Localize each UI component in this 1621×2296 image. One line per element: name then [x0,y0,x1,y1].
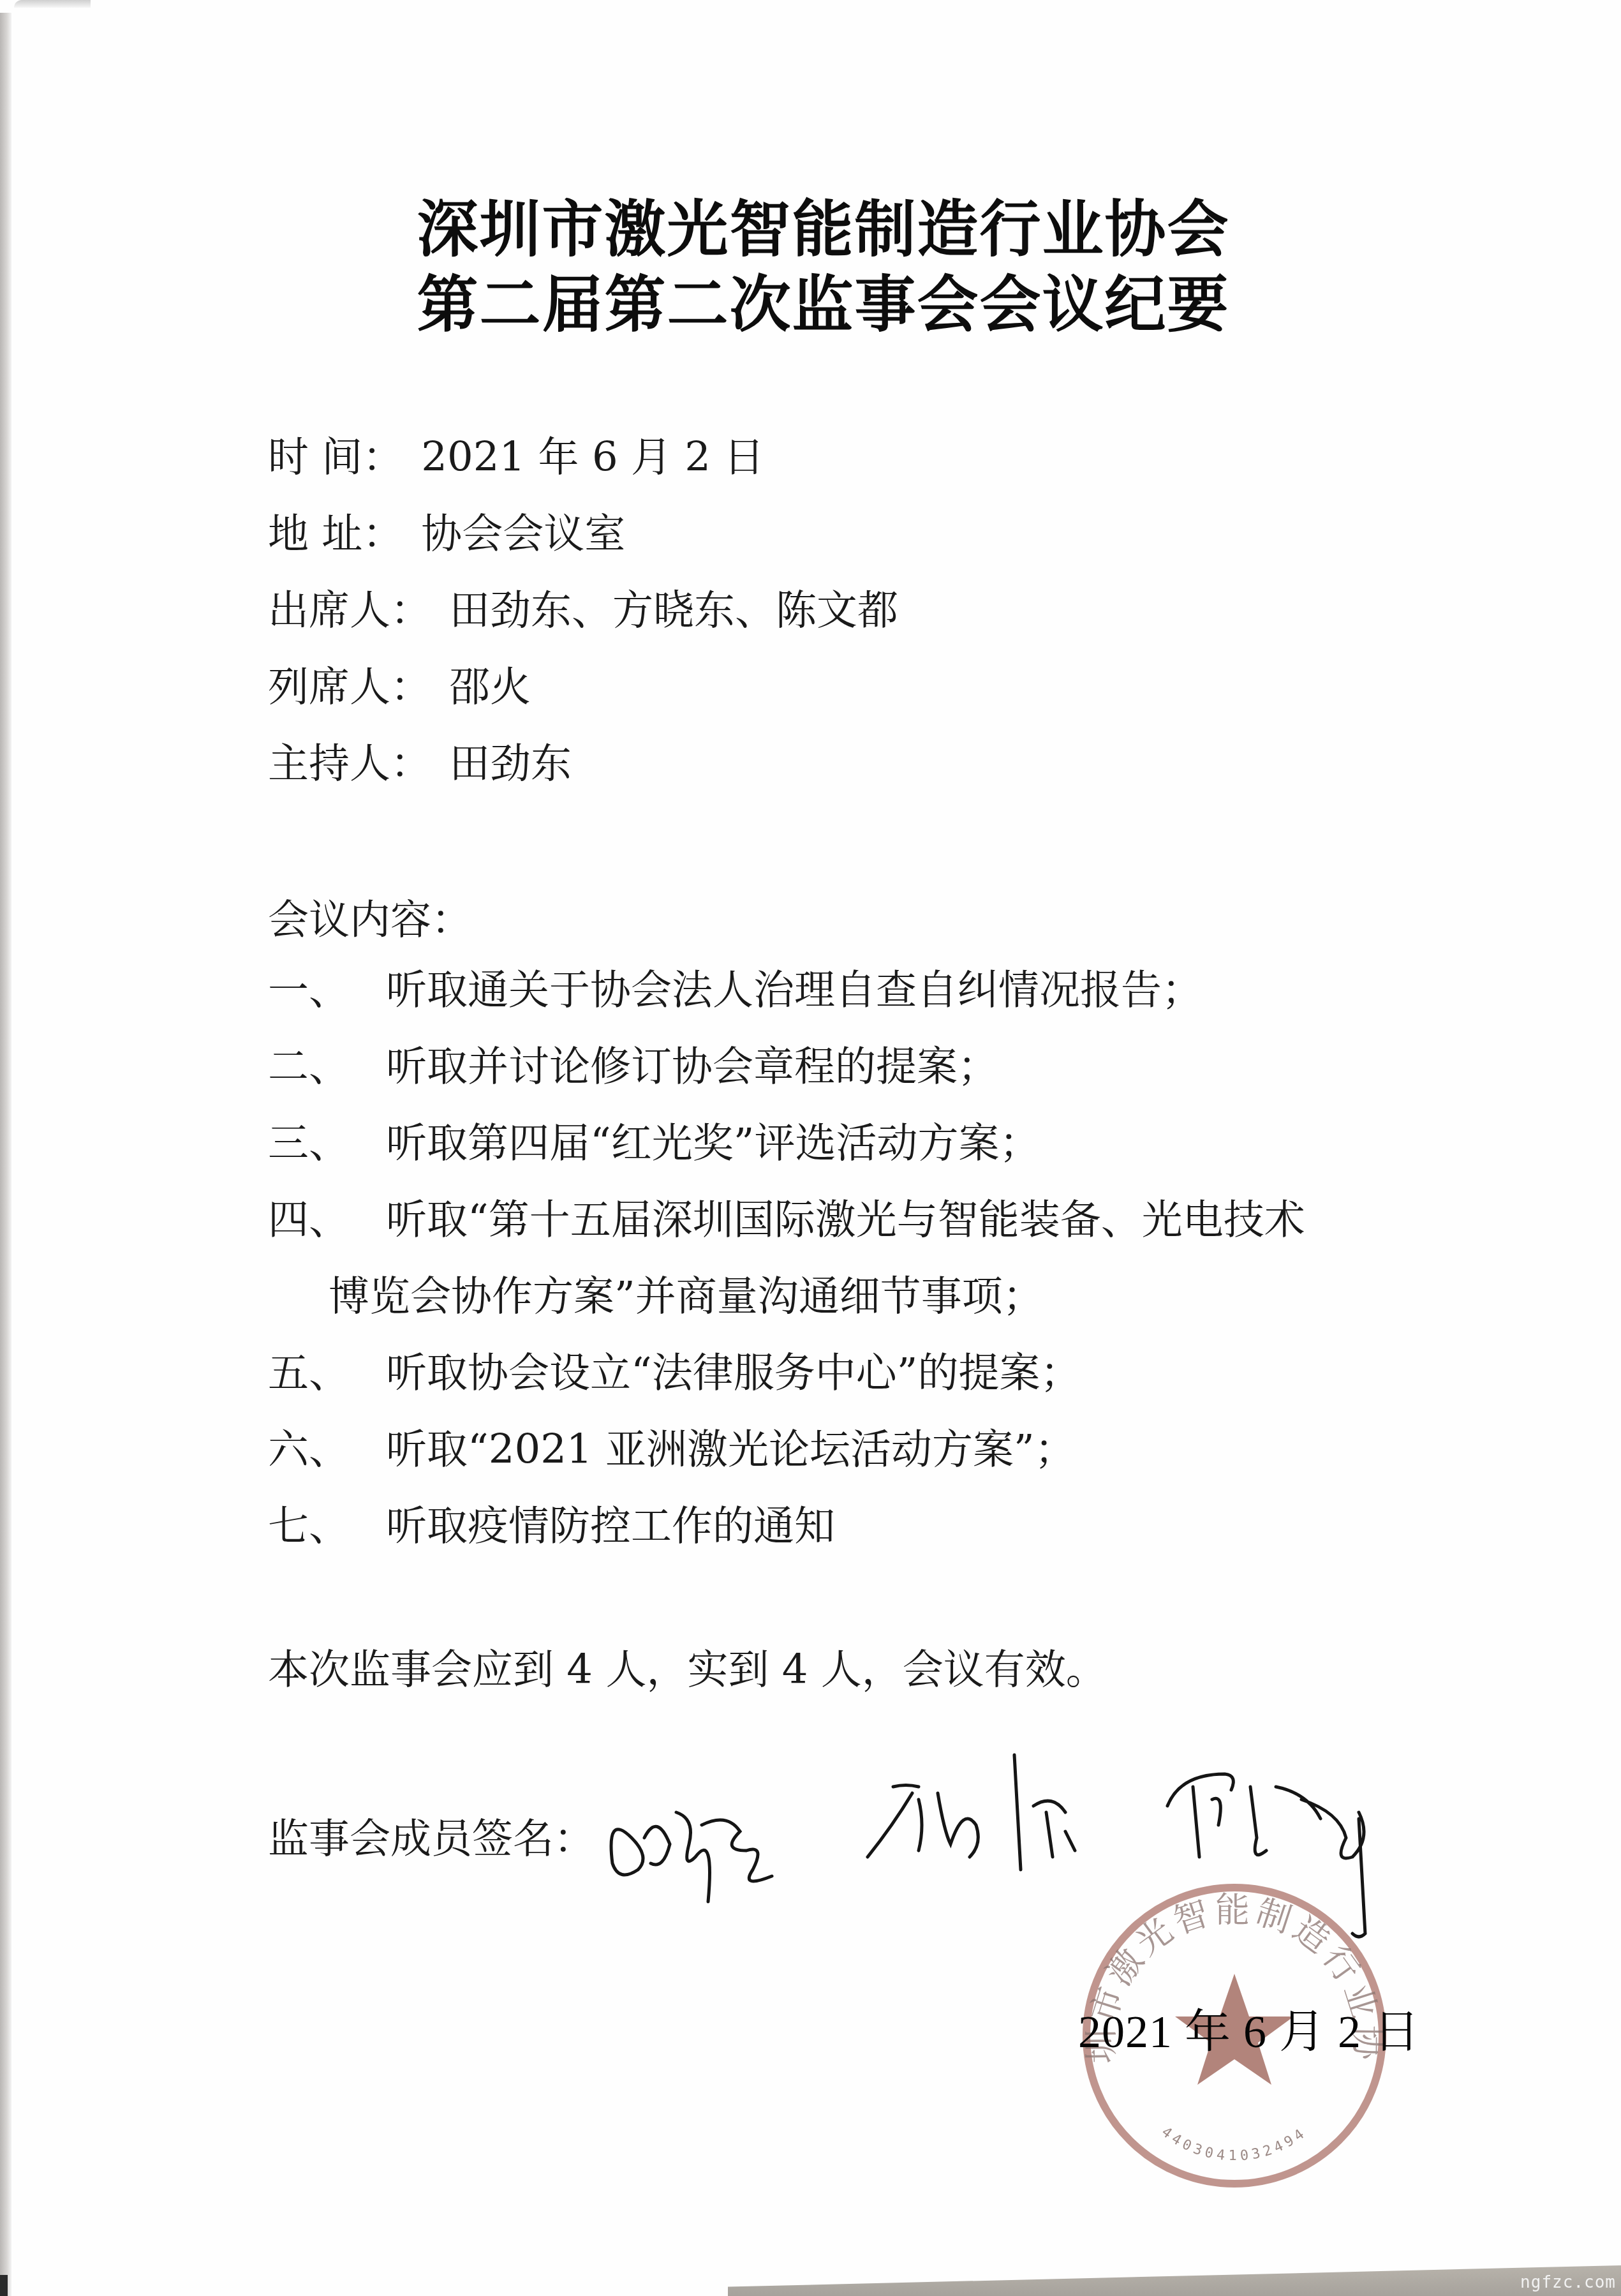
paper-edge-shadow [0,2275,8,2296]
watermark-text: ngfzc.com [1520,2273,1616,2292]
agenda-number: 三、 [268,1110,386,1169]
meta-time: 时 间：2021 年 6 月 2 日 [268,424,764,483]
meta-observers: 列席人：邵火 [268,654,531,713]
meta-label: 时 间： [268,424,403,483]
agenda-text: 听取“2021 亚洲激光论坛活动方案”； [386,1426,1076,1473]
agenda-number: 二、 [268,1034,386,1092]
signature-label: 监事会成员签名： [268,1806,595,1865]
title-line-2: 第二届第二次监事会会议纪要 [26,267,1621,342]
paper-edge-top [14,0,91,8]
agenda-number: 一、 [268,957,386,1016]
agenda-number: 七、 [268,1493,386,1552]
agenda-item: 二、听取并讨论修订协会章程的提案； [268,1034,998,1092]
meta-label: 主持人： [268,731,431,789]
signature-fang-xiaodong [855,1748,1136,1889]
meta-value: 协会会议室 [421,501,625,560]
meta-location: 地 址：协会会议室 [268,501,625,560]
agenda-item: 三、听取第四届“红光奖”评选活动方案； [268,1110,1040,1169]
agenda-number: 五、 [268,1340,386,1399]
agenda-item-continuation: 博览会协作方案”并商量沟通细节事项； [329,1264,1044,1322]
agenda-item: 五、听取协会设立“法律服务中心”的提案； [268,1340,1081,1399]
meta-value: 田劲东 [449,731,572,789]
paper-edge-left [0,13,11,2296]
agenda-heading: 会议内容： [268,887,472,946]
agenda-text: 听取通关于协会法人治理自查自纠情况报告； [386,967,1203,1014]
agenda-number: 四、 [268,1187,386,1246]
agenda-item: 六、听取“2021 亚洲激光论坛活动方案”； [268,1417,1076,1475]
agenda-text: 听取疫情防控工作的通知 [386,1503,835,1550]
meta-value: 田劲东、方晓东、陈文都 [449,578,898,636]
agenda-item: 四、听取“第十五届深圳国际激光与智能装备、光电技术 [268,1187,1305,1246]
meta-label: 出席人： [268,578,431,636]
meta-host: 主持人：田劲东 [268,731,572,789]
agenda-text: 听取“第十五届深圳国际激光与智能装备、光电技术 [386,1196,1305,1244]
agenda-text: 听取协会设立“法律服务中心”的提案； [386,1350,1081,1397]
meta-value: 邵火 [449,654,531,713]
meta-value: 2021 年 6 月 2 日 [421,424,764,483]
agenda-item: 一、听取通关于协会法人治理自查自纠情况报告； [268,957,1203,1016]
meta-label: 地 址： [268,501,403,560]
signing-date: 2021 年 6 月 2 日 [1078,1994,1420,2061]
seal-code-text: 4403041032494 [1158,2124,1310,2165]
document-title: 深圳市激光智能制造行业协会 第二届第二次监事会会议纪要 [0,191,1621,342]
agenda-number: 六、 [268,1417,386,1475]
agenda-text: 听取第四届“红光奖”评选活动方案； [386,1120,1040,1167]
meta-label: 列席人： [268,654,431,713]
signature-tian-jindong [593,1774,861,1934]
quorum-statement: 本次监事会应到 4 人，实到 4 人，会议有效。 [268,1637,1107,1696]
svg-text:4403041032494: 4403041032494 [1158,2124,1310,2165]
title-line-1: 深圳市激光智能制造行业协会 [26,191,1621,267]
agenda-item: 七、听取疫情防控工作的通知 [268,1493,835,1552]
meta-attendees: 出席人：田劲东、方晓东、陈文都 [268,578,898,636]
agenda-text: 听取并讨论修订协会章程的提案； [386,1043,998,1091]
